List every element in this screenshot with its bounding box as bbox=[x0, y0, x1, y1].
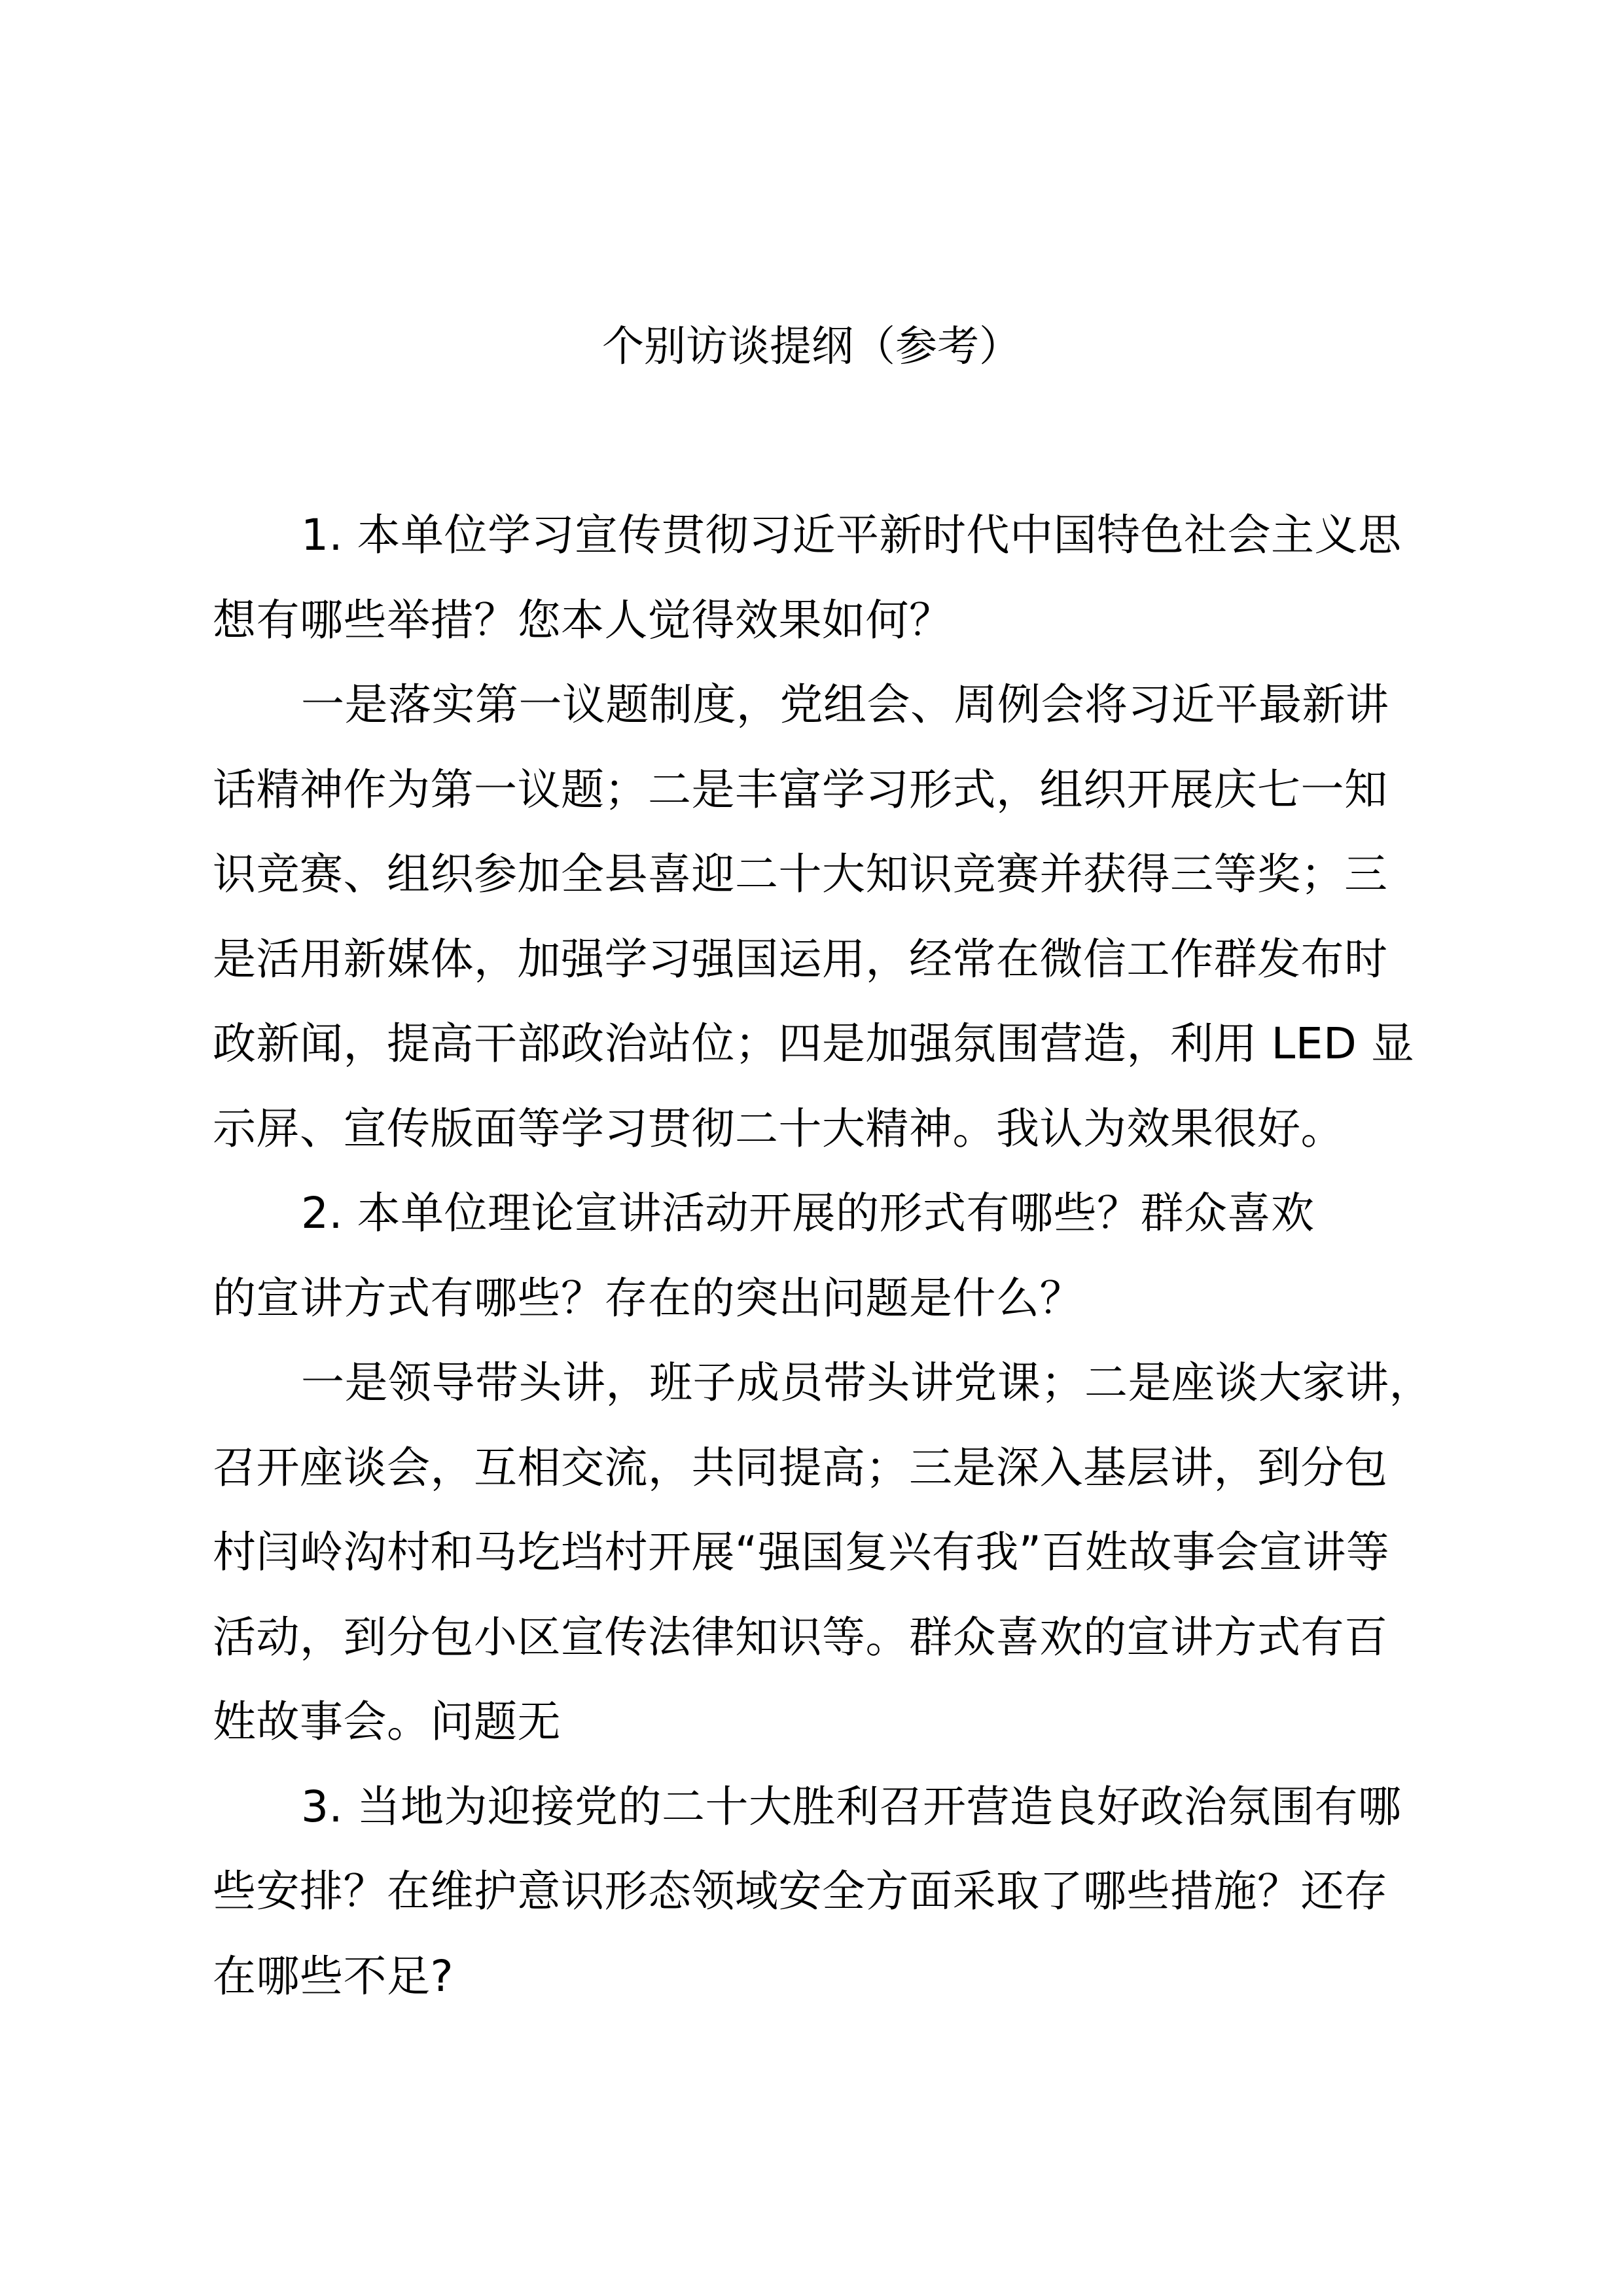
text-line: 些安排？在维护意识形态领域安全方面采取了哪些措施？还存 bbox=[213, 1849, 1430, 1934]
text-line: 是活用新媒体，加强学习强国运用，经常在微信工作群发布时 bbox=[213, 917, 1430, 1002]
document-body: 1. 本单位学习宣传贯彻习近平新时代中国特色社会主义思 想有哪些举措？您本人觉得… bbox=[213, 493, 1430, 2018]
question-2: 2. 本单位理论宣讲活动开展的形式有哪些？群众喜欢 的宣讲方式有哪些？存在的突出… bbox=[213, 1171, 1430, 1340]
text-line: 想有哪些举措？您本人觉得效果如何？ bbox=[213, 578, 1430, 663]
text-line: 话精神作为第一议题；二是丰富学习形式，组织开展庆七一知 bbox=[213, 747, 1430, 833]
question-1: 1. 本单位学习宣传贯彻习近平新时代中国特色社会主义思 想有哪些举措？您本人觉得… bbox=[213, 493, 1430, 662]
text-line: 一是落实第一议题制度，党组会、周例会将习近平最新讲 bbox=[213, 662, 1430, 747]
text-line: 示屏、宣传版面等学习贯彻二十大精神。我认为效果很好。 bbox=[213, 1086, 1430, 1172]
text-line: 1. 本单位学习宣传贯彻习近平新时代中国特色社会主义思 bbox=[213, 493, 1430, 578]
text-line: 的宣讲方式有哪些？存在的突出问题是什么？ bbox=[213, 1256, 1430, 1341]
text-line: 3. 当地为迎接党的二十大胜利召开营造良好政治氛围有哪 bbox=[213, 1765, 1430, 1850]
document-title: 个别访谈提纲（参考） bbox=[0, 314, 1623, 380]
answer-2: 一是领导带头讲，班子成员带头讲党课；二是座谈大家讲， 召开座谈会，互相交流，共同… bbox=[213, 1340, 1430, 1765]
text-line: 村闫岭沟村和马圪垱村开展“强国复兴有我”百姓故事会宣讲等 bbox=[213, 1510, 1430, 1595]
question-3: 3. 当地为迎接党的二十大胜利召开营造良好政治氛围有哪 些安排？在维护意识形态领… bbox=[213, 1765, 1430, 2019]
text-line: 一是领导带头讲，班子成员带头讲党课；二是座谈大家讲， bbox=[213, 1340, 1430, 1426]
text-line: 姓故事会。问题无 bbox=[213, 1679, 1430, 1765]
answer-1: 一是落实第一议题制度，党组会、周例会将习近平最新讲 话精神作为第一议题；二是丰富… bbox=[213, 662, 1430, 1171]
text-line: 在哪些不足? bbox=[213, 1934, 1430, 2019]
text-line: 2. 本单位理论宣讲活动开展的形式有哪些？群众喜欢 bbox=[213, 1171, 1430, 1256]
text-line: 活动，到分包小区宣传法律知识等。群众喜欢的宣讲方式有百 bbox=[213, 1595, 1430, 1680]
text-line: 识竞赛、组织参加全县喜迎二十大知识竞赛并获得三等奖；三 bbox=[213, 832, 1430, 917]
text-line: 政新闻，提高干部政治站位；四是加强氛围营造，利用 LED 显 bbox=[213, 1001, 1430, 1086]
text-line: 召开座谈会，互相交流，共同提高；三是深入基层讲，到分包 bbox=[213, 1426, 1430, 1511]
document-page: 个别访谈提纲（参考） 1. 本单位学习宣传贯彻习近平新时代中国特色社会主义思 想… bbox=[0, 0, 1623, 2296]
